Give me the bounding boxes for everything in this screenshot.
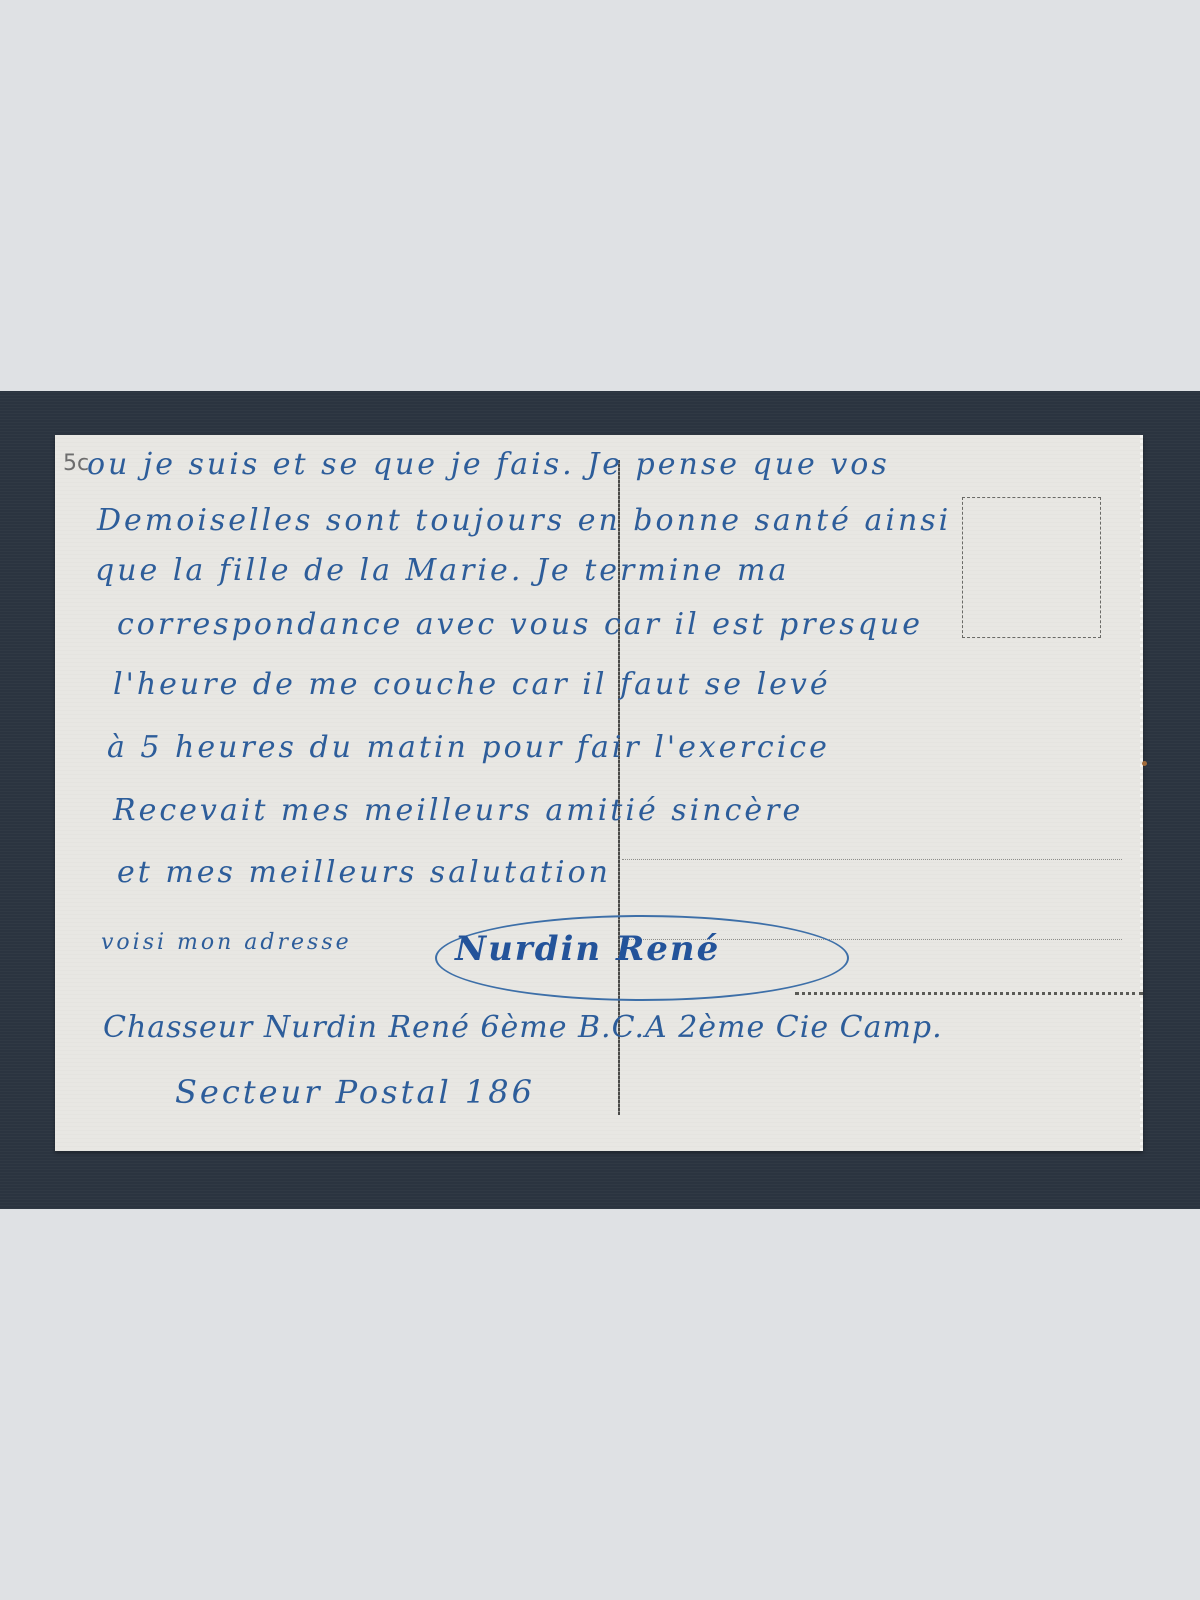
message-line: Recevait mes meilleurs amitié sincère [113, 793, 803, 828]
message-line: ou je suis et se que je fais. Je pense q… [87, 447, 890, 482]
message-line: à 5 heures du matin pour fair l'exercice [107, 730, 830, 765]
message-line: l'heure de me couche car il faut se levé [113, 667, 831, 702]
pencil-note: 5c [63, 451, 89, 476]
message-line: correspondance avec vous car il est pres… [117, 607, 923, 642]
address-intro: voisi mon adresse [101, 930, 352, 955]
stamp-box [962, 497, 1101, 638]
address-line-3 [795, 992, 1143, 995]
message-line: Demoiselles sont toujours en bonne santé… [97, 503, 951, 538]
address-line: Chasseur Nurdin René 6ème B.C.A 2ème Cie… [103, 1010, 943, 1045]
message-line: et mes meilleurs salutation [117, 855, 611, 890]
signature: Nurdin René [455, 929, 720, 969]
address-line: Secteur Postal 186 [175, 1073, 535, 1111]
rust-spot [1142, 761, 1147, 766]
message-line: que la fille de la Marie. Je termine ma [95, 553, 789, 588]
postcard: 5c ou je suis et se que je fais. Je pens… [55, 435, 1143, 1151]
address-line-1 [622, 859, 1122, 860]
